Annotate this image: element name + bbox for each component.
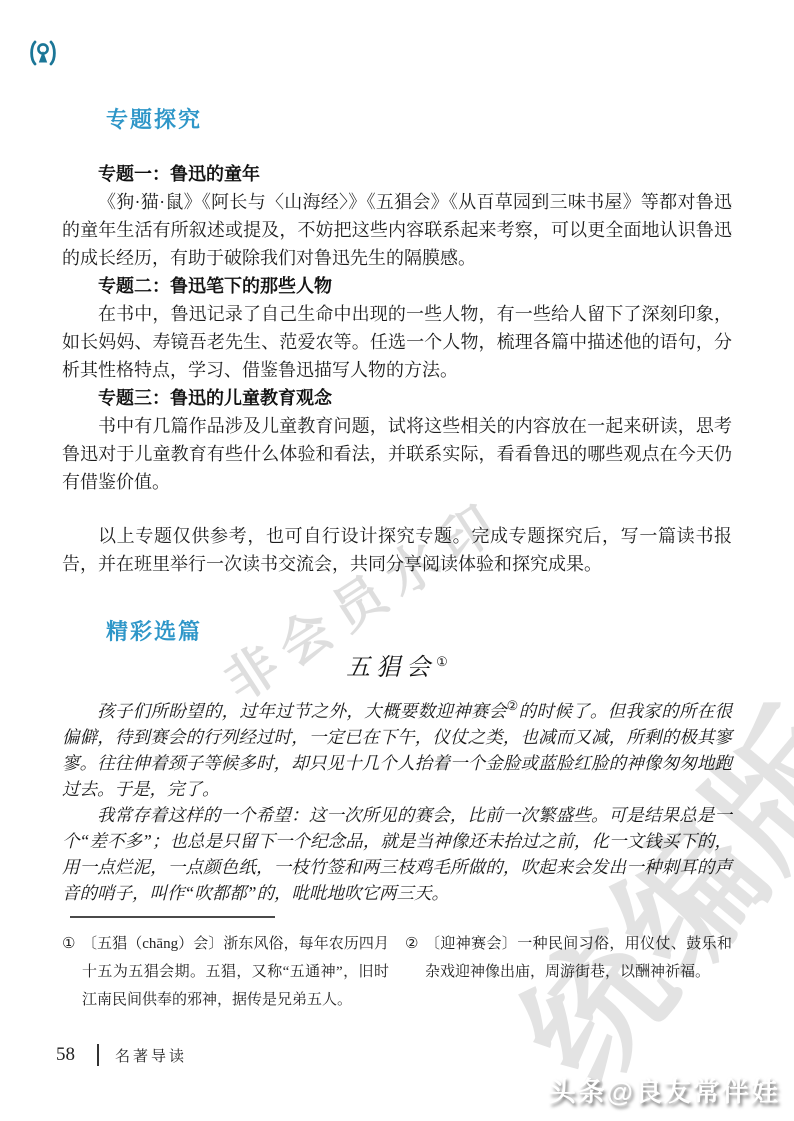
excerpt-body: 孩子们所盼望的，过年过节之外，大概要数迎神赛会②的时候了。但我家的所在很偏僻，待… [62, 698, 732, 906]
topic-3-title: 专题三：鲁迅的儿童教育观念 [62, 384, 732, 412]
footnote-separator [70, 916, 275, 918]
textbook-page: 专题探究 专题一：鲁迅的童年 《狗·猫·鼠》《阿长与〈山海经〉》《五猖会》《从百… [0, 0, 794, 1121]
page-footer: 58 名著导读 [56, 1044, 187, 1066]
excerpt-p1-pre: 孩子们所盼望的，过年过节之外，大概要数迎神赛会 [97, 701, 507, 721]
page-content: 专题探究 专题一：鲁迅的童年 《狗·猫·鼠》《阿长与〈山海经〉》《五猖会》《从百… [62, 0, 732, 1014]
excerpt-title: 五猖会① [62, 652, 732, 684]
footnote-2-text: 〔迎神赛会〕一种民间习俗，用仪仗、鼓乐和杂戏迎神像出庙，周游街巷，以酬神祈福。 [425, 930, 732, 1014]
footer-section-label: 名著导读 [115, 1045, 187, 1066]
footer-divider [97, 1044, 99, 1066]
footnote-ref-2: ② [507, 698, 519, 713]
excerpt-title-text: 五猖会 [346, 655, 436, 681]
footnote-1-text: 〔五猖（chāng）会〕浙东风俗，每年农历四月十五为五猖会期。五猖，又称“五通神… [82, 930, 389, 1014]
footnote-2: ② 〔迎神赛会〕一种民间习俗，用仪仗、鼓乐和杂戏迎神像出庙，周游街巷，以酬神祈福… [405, 930, 732, 1014]
publisher-logo-icon [28, 38, 58, 70]
topic-1-title: 专题一：鲁迅的童年 [62, 160, 732, 188]
excerpt-paragraph-1: 孩子们所盼望的，过年过节之外，大概要数迎神赛会②的时候了。但我家的所在很偏僻，待… [62, 698, 732, 802]
watermark-bottom-right: 头条@良友常伴娃 [549, 1070, 780, 1109]
footnotes: ① 〔五猖（chāng）会〕浙东风俗，每年农历四月十五为五猖会期。五猖，又称“五… [62, 930, 732, 1014]
selection-heading: 精彩选篇 [106, 618, 732, 646]
footnote-2-marker: ② [405, 930, 425, 1014]
footnote-1: ① 〔五猖（chāng）会〕浙东风俗，每年农历四月十五为五猖会期。五猖，又称“五… [62, 930, 389, 1014]
topic-2-body: 在书中，鲁迅记录了自己生命中出现的一些人物，有一些给人留下了深刻印象，如长妈妈、… [62, 300, 732, 384]
footnote-1-marker: ① [62, 930, 82, 1014]
topic-1-body: 《狗·猫·鼠》《阿长与〈山海经〉》《五猖会》《从百草园到三味书屋》等都对鲁迅的童… [62, 188, 732, 272]
exploration-closing: 以上专题仅供参考，也可自行设计探究专题。完成专题探究后，写一篇读书报告，并在班里… [62, 522, 732, 578]
topic-2-title: 专题二：鲁迅笔下的那些人物 [62, 272, 732, 300]
page-number: 58 [56, 1044, 75, 1066]
exploration-heading: 专题探究 [106, 106, 732, 134]
topic-3-body: 书中有几篇作品涉及儿童教育问题，试将这些相关的内容放在一起来研读，思考鲁迅对于儿… [62, 412, 732, 496]
footnote-ref-1: ① [436, 654, 448, 669]
excerpt-paragraph-2: 我常存着这样的一个希望：这一次所见的赛会，比前一次繁盛些。可是结果总是一个“差不… [62, 802, 732, 906]
